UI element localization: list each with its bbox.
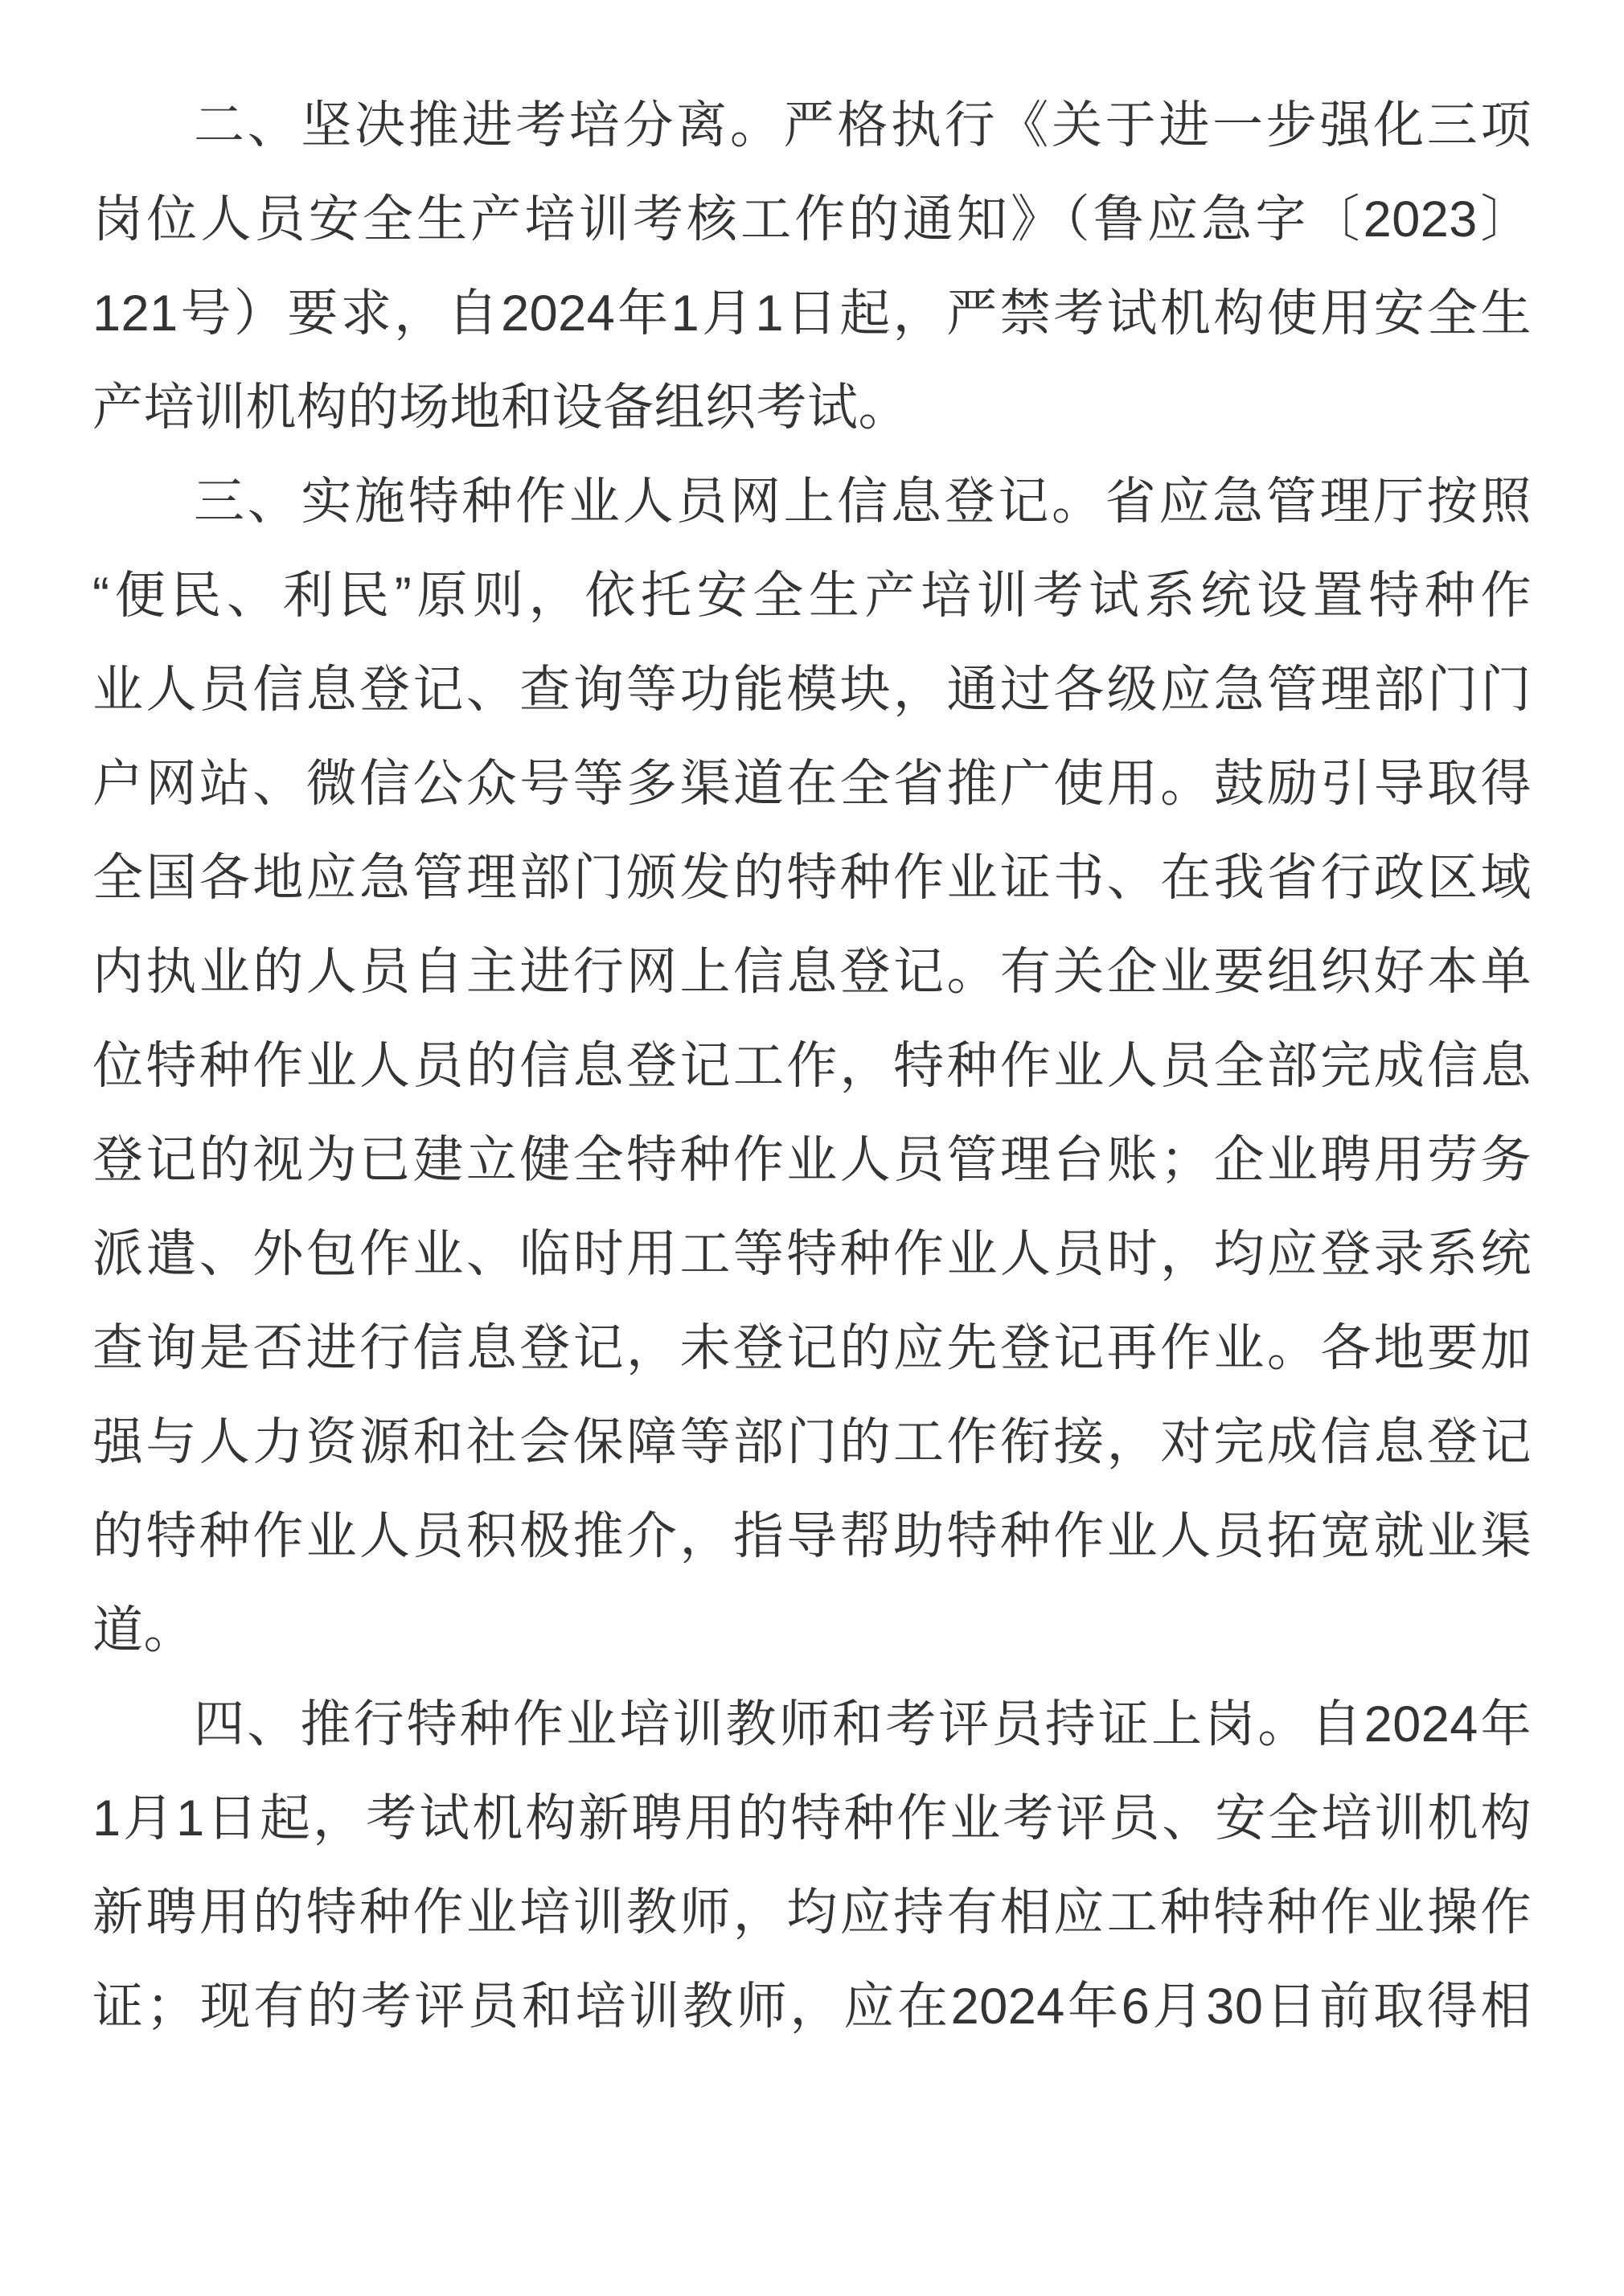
paragraph-4: 四、推行特种作业培训教师和考评员持证上岗。自2024年 1月1日起，考试机构新聘… <box>92 1678 1532 2054</box>
text-line: 的特种作业人员积极推介，指导帮助特种作业人员拓宽就业渠 <box>92 1490 1532 1584</box>
text-line: “便民、利民”原则，依托安全生产培训考试系统设置特种作 <box>92 549 1532 643</box>
document-body: 二、坚决推进考培分离。严格执行《关于进一步强化三项 岗位人员安全生产培训考核工作… <box>0 0 1624 2054</box>
text-line: 登记的视为已建立健全特种作业人员管理台账；企业聘用劳务 <box>92 1113 1532 1207</box>
text-line: 产培训机构的场地和设备组织考试。 <box>92 361 1532 455</box>
document-page: 二、坚决推进考培分离。严格执行《关于进一步强化三项 岗位人员安全生产培训考核工作… <box>0 0 1624 2296</box>
text-line: 岗位人员安全生产培训考核工作的通知》（鲁应急字〔2023〕 <box>92 173 1532 267</box>
text-line: 查询是否进行信息登记，未登记的应先登记再作业。各地要加 <box>92 1302 1532 1396</box>
text-line: 1月1日起，考试机构新聘用的特种作业考评员、安全培训机构 <box>92 1772 1532 1866</box>
text-line: 证；现有的考评员和培训教师，应在2024年6月30日前取得相 <box>92 1960 1532 2054</box>
text-line: 二、坚决推进考培分离。严格执行《关于进一步强化三项 <box>92 79 1532 173</box>
text-line: 内执业的人员自主进行网上信息登记。有关企业要组织好本单 <box>92 925 1532 1019</box>
paragraph-3: 三、实施特种作业人员网上信息登记。省应急管理厅按照 “便民、利民”原则，依托安全… <box>92 455 1532 1678</box>
text-line: 新聘用的特种作业培训教师，均应持有相应工种特种作业操作 <box>92 1866 1532 1960</box>
text-line: 三、实施特种作业人员网上信息登记。省应急管理厅按照 <box>92 455 1532 549</box>
text-line: 121号）要求，自2024年1月1日起，严禁考试机构使用安全生 <box>92 267 1532 361</box>
text-line: 道。 <box>92 1584 1532 1678</box>
text-line: 四、推行特种作业培训教师和考评员持证上岗。自2024年 <box>92 1678 1532 1772</box>
text-line: 业人员信息登记、查询等功能模块，通过各级应急管理部门门 <box>92 643 1532 737</box>
text-line: 全国各地应急管理部门颁发的特种作业证书、在我省行政区域 <box>92 831 1532 925</box>
paragraph-2: 二、坚决推进考培分离。严格执行《关于进一步强化三项 岗位人员安全生产培训考核工作… <box>92 79 1532 455</box>
text-line: 强与人力资源和社会保障等部门的工作衔接，对完成信息登记 <box>92 1396 1532 1490</box>
text-line: 派遣、外包作业、临时用工等特种作业人员时，均应登录系统 <box>92 1207 1532 1302</box>
text-line: 户网站、微信公众号等多渠道在全省推广使用。鼓励引导取得 <box>92 737 1532 831</box>
text-line: 位特种作业人员的信息登记工作，特种作业人员全部完成信息 <box>92 1019 1532 1113</box>
